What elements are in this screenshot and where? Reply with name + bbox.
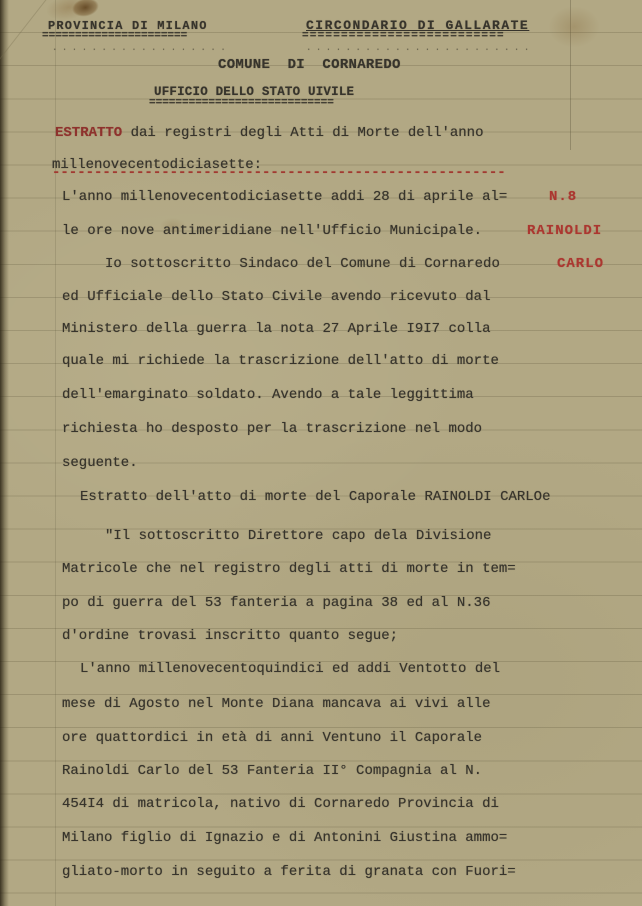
- document-sheet: PROVINCIA DI MILANO ====================…: [0, 0, 642, 906]
- body-line: gliato-morto in seguito a ferita di gran…: [62, 865, 516, 879]
- body-line: 454I4 di matricola, nativo di Cornaredo …: [62, 797, 499, 811]
- estratto-line: ESTRATTO dai registri degli Atti di Mort…: [55, 126, 483, 140]
- body-line: Matricole che nel registro degli atti di…: [62, 562, 516, 576]
- district-underline: ==========================: [302, 31, 505, 42]
- office-underline: ============================: [149, 98, 334, 109]
- body-line: Estratto dell'atto di morte del Caporale…: [80, 490, 550, 504]
- comune-title: COMUNE DI CORNAREDO: [218, 58, 401, 72]
- stain-top-right: [548, 6, 600, 48]
- body-line: richiesta ho desposto per la trascrizion…: [62, 422, 482, 436]
- body-line: Rainoldi Carlo del 53 Fanteria II° Compa…: [62, 764, 482, 778]
- body-line: quale mi richiede la trascrizione dell'a…: [62, 354, 499, 368]
- body-line: d'ordine trovasi inscritto quanto segue;: [62, 629, 398, 643]
- margin-note-name: CARLO: [557, 257, 604, 271]
- province-underline: ======================: [42, 31, 187, 42]
- estratto-rest: dai registri degli Atti di Morte dell'an…: [122, 125, 483, 141]
- body-line: "Il sottoscritto Direttore capo dela Div…: [105, 529, 491, 543]
- body-line: L'anno millenovecentodiciasette addi 28 …: [62, 190, 507, 204]
- body-line: ore quattordici in età di anni Ventuno i…: [62, 731, 482, 745]
- body-line: Milano figlio di Ignazio e di Antonini G…: [62, 831, 507, 845]
- estratto-keyword: ESTRATTO: [55, 125, 122, 141]
- body-line: mese di Agosto nel Monte Diana mancava a…: [62, 697, 490, 711]
- body-line: ed Ufficiale dello Stato Civile avendo r…: [62, 290, 490, 304]
- red-dashed-separator: ----------------------------------------…: [52, 166, 506, 180]
- body-line: le ore nove antimeridiane nell'Ufficio M…: [62, 224, 482, 238]
- body-line: Ministero della guerra la nota 27 Aprile…: [62, 322, 490, 336]
- body-line: Io sottoscritto Sindaco del Comune di Co…: [105, 257, 500, 271]
- body-line: L'anno millenovecentoquindici ed addi Ve…: [80, 662, 500, 676]
- margin-note-surname: RAINOLDI: [527, 224, 602, 238]
- body-line: po di guerra del 53 fanteria a pagina 38…: [62, 596, 490, 610]
- body-line: seguente.: [62, 456, 138, 470]
- body-line: dell'emarginato soldato. Avendo a tale l…: [62, 388, 474, 402]
- dotted-rule-right: .......................: [306, 44, 534, 53]
- dotted-rule-left: ..................: [52, 44, 230, 53]
- margin-note-act-number: N.8: [549, 190, 577, 204]
- paper-edge-shadow: [0, 0, 9, 906]
